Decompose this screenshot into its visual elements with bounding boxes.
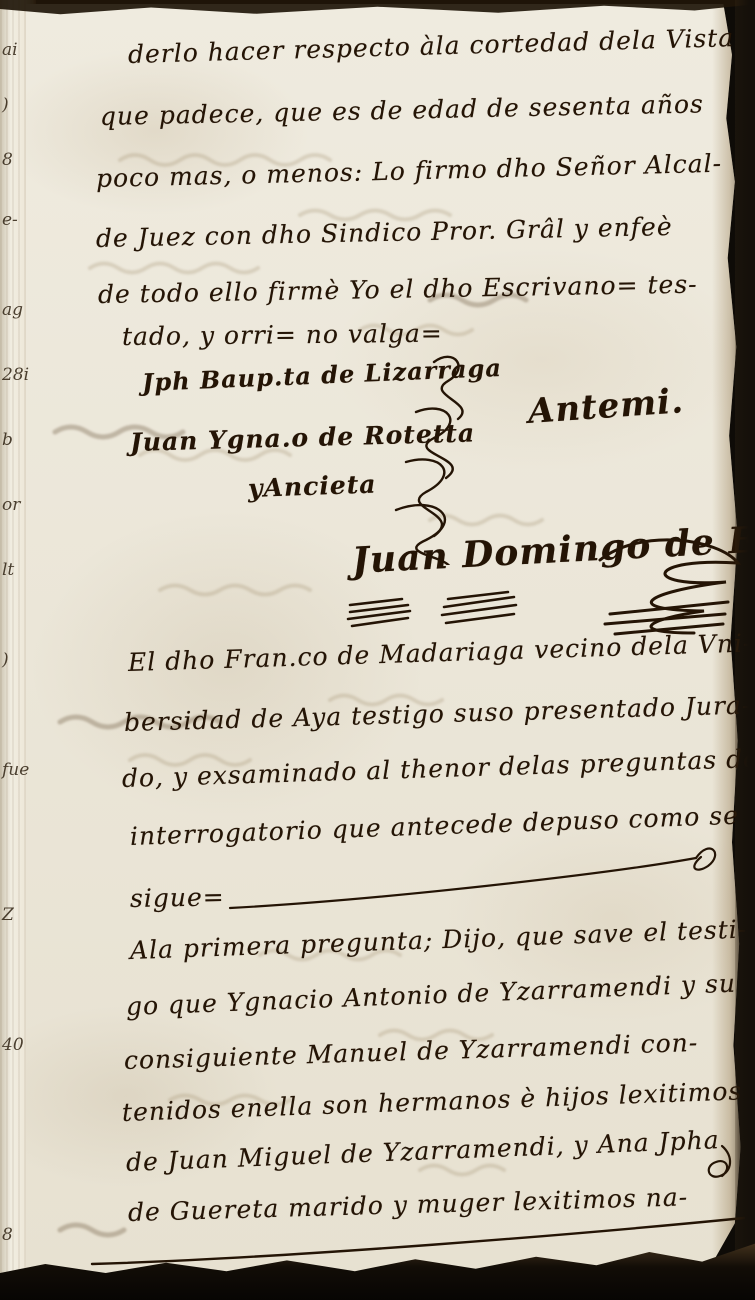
spine-text-fragment: ) — [2, 95, 9, 115]
spine-text-fragment: ai — [2, 40, 18, 60]
spine-text-fragment: ag — [2, 300, 23, 320]
signature-ancieta: yAncieta — [247, 470, 376, 503]
spine-text-fragment: e- — [2, 210, 18, 230]
manuscript-line: sigue= — [130, 882, 225, 913]
spine-text-fragment: b — [2, 430, 13, 450]
spine-text-fragment: lt — [2, 560, 14, 580]
spine-text-fragment: 8 — [2, 1225, 13, 1245]
spine-text-fragment: fue — [2, 760, 29, 780]
spine-text-fragment: ) — [2, 650, 9, 670]
spine-text-fragment: or — [2, 495, 20, 515]
spine-text-fragment: 8 — [2, 150, 13, 170]
spine-text-fragment: 40 — [2, 1035, 24, 1055]
manuscript-scan: ai ) 8 e- ag 28i b or lt ) fue Z 40 8 de… — [0, 0, 755, 1300]
manuscript-line: tado, y orri= no valga= — [122, 319, 443, 351]
page-edge-right — [735, 0, 755, 1300]
spine-text-fragment: Z — [2, 905, 14, 925]
spine-text-fragment: 28i — [2, 365, 29, 385]
